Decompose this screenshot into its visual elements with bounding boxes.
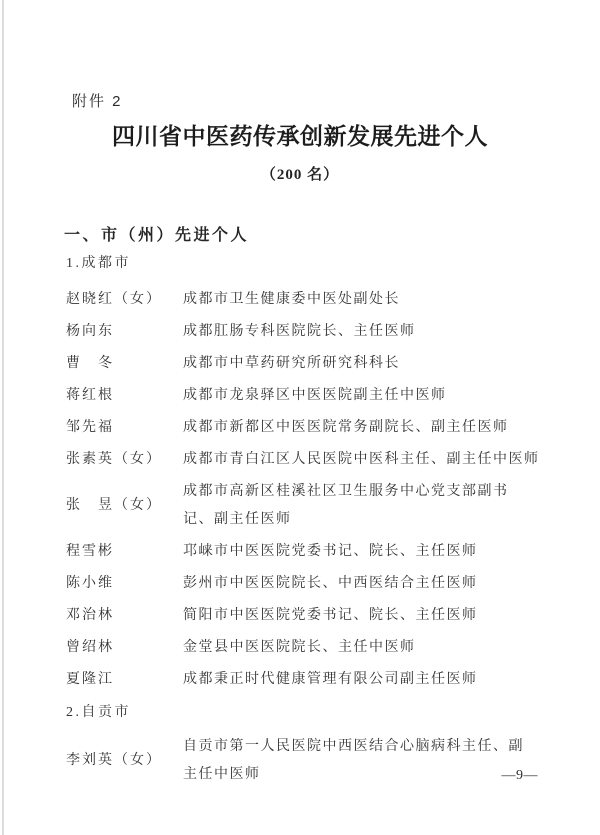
person-job: 成都肛肠专科医院院长、主任医师 (183, 318, 551, 346)
person-job: 彭州市中医医院院长、中西医结合主任医师 (183, 570, 551, 598)
person-job: 成都秉正时代健康管理有限公司副主任医师 (183, 666, 551, 694)
person-name: 曾绍林 (66, 634, 183, 662)
person-name: 张素英（女） (66, 446, 183, 474)
person-name: 杨向东 (66, 318, 183, 346)
roster-row: 邓治林简阳市中医医院党委书记、院长、主任医师 (66, 602, 558, 630)
person-name: 张 昱（女） (66, 492, 183, 520)
person-name: 蒋红根 (66, 382, 183, 410)
roster: 1.成都市赵晓红（女）成都市卫生健康委中医处副处长杨向东成都肛肠专科医院院长、主… (66, 254, 558, 793)
roster-row: 张素英（女）成都市青白江区人民医院中医科主任、副主任中医师 (66, 446, 558, 474)
person-name: 邹先福 (66, 414, 183, 442)
person-job: 成都市青白江区人民医院中医科主任、副主任中医师 (183, 446, 551, 474)
city-group-heading: 1.成都市 (66, 254, 558, 274)
person-name: 夏隆江 (66, 666, 183, 694)
page-number: —9— (502, 768, 539, 784)
person-name: 李刘英（女） (66, 747, 183, 775)
roster-row: 赵晓红（女）成都市卫生健康委中医处副处长 (66, 286, 558, 314)
document-page: 附件 2 四川省中医药传承创新发展先进个人 （200 名） 一、市（州）先进个人… (0, 0, 600, 835)
roster-row: 杨向东成都肛肠专科医院院长、主任医师 (66, 318, 558, 346)
person-job: 成都市中草药研究所研究科科长 (183, 350, 551, 378)
person-job: 成都市新都区中医医院常务副院长、副主任医师 (183, 414, 551, 442)
person-job: 成都市高新区桂溪社区卫生服务中心党支部副书 记、副主任医师 (183, 478, 551, 534)
quota-subtitle: （200 名） (0, 163, 600, 184)
section-heading: 一、市（州）先进个人 (64, 222, 249, 245)
roster-row: 曹 冬成都市中草药研究所研究科科长 (66, 350, 558, 378)
roster-row: 邹先福成都市新都区中医医院常务副院长、副主任医师 (66, 414, 558, 442)
roster-row: 曾绍林金堂县中医医院院长、主任中医师 (66, 634, 558, 662)
person-name: 陈小维 (66, 570, 183, 598)
person-job: 自贡市第一人民医院中西医结合心脑病科主任、副 主任中医师 (183, 733, 551, 789)
roster-row: 陈小维彭州市中医医院院长、中西医结合主任医师 (66, 570, 558, 598)
person-name: 曹 冬 (66, 350, 183, 378)
person-job: 金堂县中医医院院长、主任中医师 (183, 634, 551, 662)
person-job: 成都市龙泉驿区中医医院副主任中医师 (183, 382, 551, 410)
person-job: 简阳市中医医院党委书记、院长、主任医师 (183, 602, 551, 630)
person-name: 邓治林 (66, 602, 183, 630)
person-name: 程雪彬 (66, 538, 183, 566)
roster-row: 张 昱（女）成都市高新区桂溪社区卫生服务中心党支部副书 记、副主任医师 (66, 478, 558, 534)
page-title: 四川省中医药传承创新发展先进个人 (0, 118, 600, 151)
person-job: 邛崃市中医医院党委书记、院长、主任医师 (183, 538, 551, 566)
attachment-label: 附件 2 (72, 90, 123, 111)
person-job: 成都市卫生健康委中医处副处长 (183, 286, 551, 314)
roster-row: 程雪彬邛崃市中医医院党委书记、院长、主任医师 (66, 538, 558, 566)
roster-row: 夏隆江成都秉正时代健康管理有限公司副主任医师 (66, 666, 558, 694)
person-name: 赵晓红（女） (66, 286, 183, 314)
roster-row: 李刘英（女）自贡市第一人民医院中西医结合心脑病科主任、副 主任中医师 (66, 733, 558, 789)
city-group-heading: 2.自贡市 (66, 703, 558, 723)
roster-row: 蒋红根成都市龙泉驿区中医医院副主任中医师 (66, 382, 558, 410)
